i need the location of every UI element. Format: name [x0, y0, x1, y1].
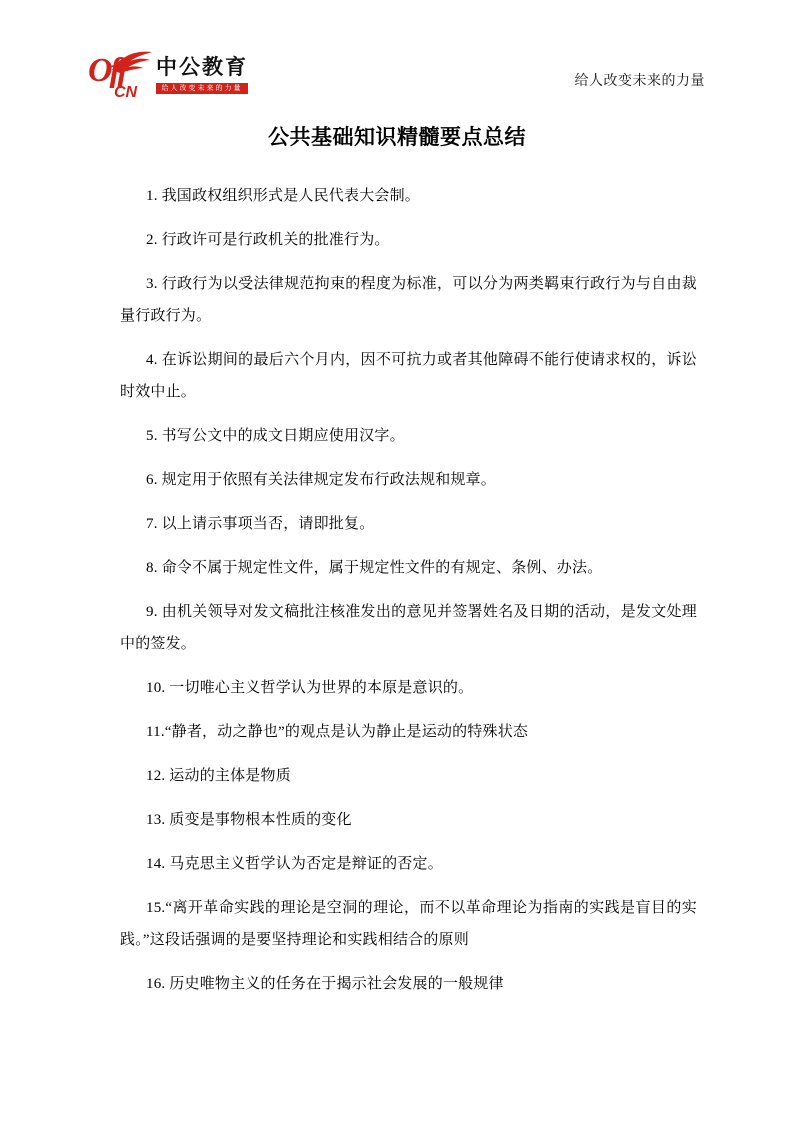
list-item: 8. 命令不属于规定性文件，属于规定性文件的有规定、条例、办法。 — [120, 552, 697, 584]
logo-wordmark: 中公教育 给人改变未来的力量 — [156, 48, 248, 94]
list-item: 6. 规定用于依照有关法律规定发布行政法规和规章。 — [120, 464, 697, 496]
list-item: 7. 以上请示事项当否，请即批复。 — [120, 508, 697, 540]
list-item: 16. 历史唯物主义的任务在于揭示社会发展的一般规律 — [120, 968, 697, 1000]
list-item: 15.“离开革命实践的理论是空洞的理论，而不以革命理论为指南的实践是盲目的实践。… — [120, 892, 697, 956]
list-item: 13. 质变是事物根本性质的变化 — [120, 804, 697, 836]
page-title: 公共基础知识精髓要点总结 — [0, 121, 794, 151]
list-item: 11.“静者，动之静也”的观点是认为静止是运动的特殊状态 — [120, 716, 697, 748]
logo-banner-slogan: 给人改变未来的力量 — [156, 83, 248, 94]
list-item: 12. 运动的主体是物质 — [120, 760, 697, 792]
list-item: 9. 由机关领导对发文稿批注核准发出的意见并签署姓名及日期的活动，是发文处理中的… — [120, 596, 697, 660]
list-item: 4. 在诉讼期间的最后六个月内，因不可抗力或者其他障碍不能行使请求权的，诉讼时效… — [120, 344, 697, 408]
list-item: 14. 马克思主义哲学认为否定是辩证的否定。 — [120, 848, 697, 880]
document-page: Off CN 中公教育 给人改变未来的力量 给人改变未来的力量 公共基础知识精髓… — [0, 0, 794, 1123]
logo-cn-text: CN — [114, 84, 137, 102]
offcn-logo: Off CN 中公教育 给人改变未来的力量 — [88, 48, 228, 106]
logo-company-name: 中公教育 — [156, 56, 248, 80]
list-item: 10. 一切唯心主义哲学认为世界的本原是意识的。 — [120, 672, 697, 704]
header-slogan: 给人改变未来的力量 — [575, 70, 706, 90]
list-item: 3. 行政行为以受法律规范拘束的程度为标准，可以分为两类羁束行政行为与自由裁量行… — [120, 268, 697, 332]
list-item: 5. 书写公文中的成文日期应使用汉字。 — [120, 420, 697, 452]
logo-off-text: Off — [88, 54, 126, 88]
list-item: 2. 行政许可是行政机关的批准行为。 — [120, 224, 697, 256]
offcn-logo-mark: Off CN — [88, 48, 152, 106]
page-header: Off CN 中公教育 给人改变未来的力量 给人改变未来的力量 — [88, 46, 705, 106]
list-item: 1. 我国政权组织形式是人民代表大会制。 — [120, 180, 697, 212]
document-body: 1. 我国政权组织形式是人民代表大会制。 2. 行政许可是行政机关的批准行为。 … — [120, 180, 697, 1012]
